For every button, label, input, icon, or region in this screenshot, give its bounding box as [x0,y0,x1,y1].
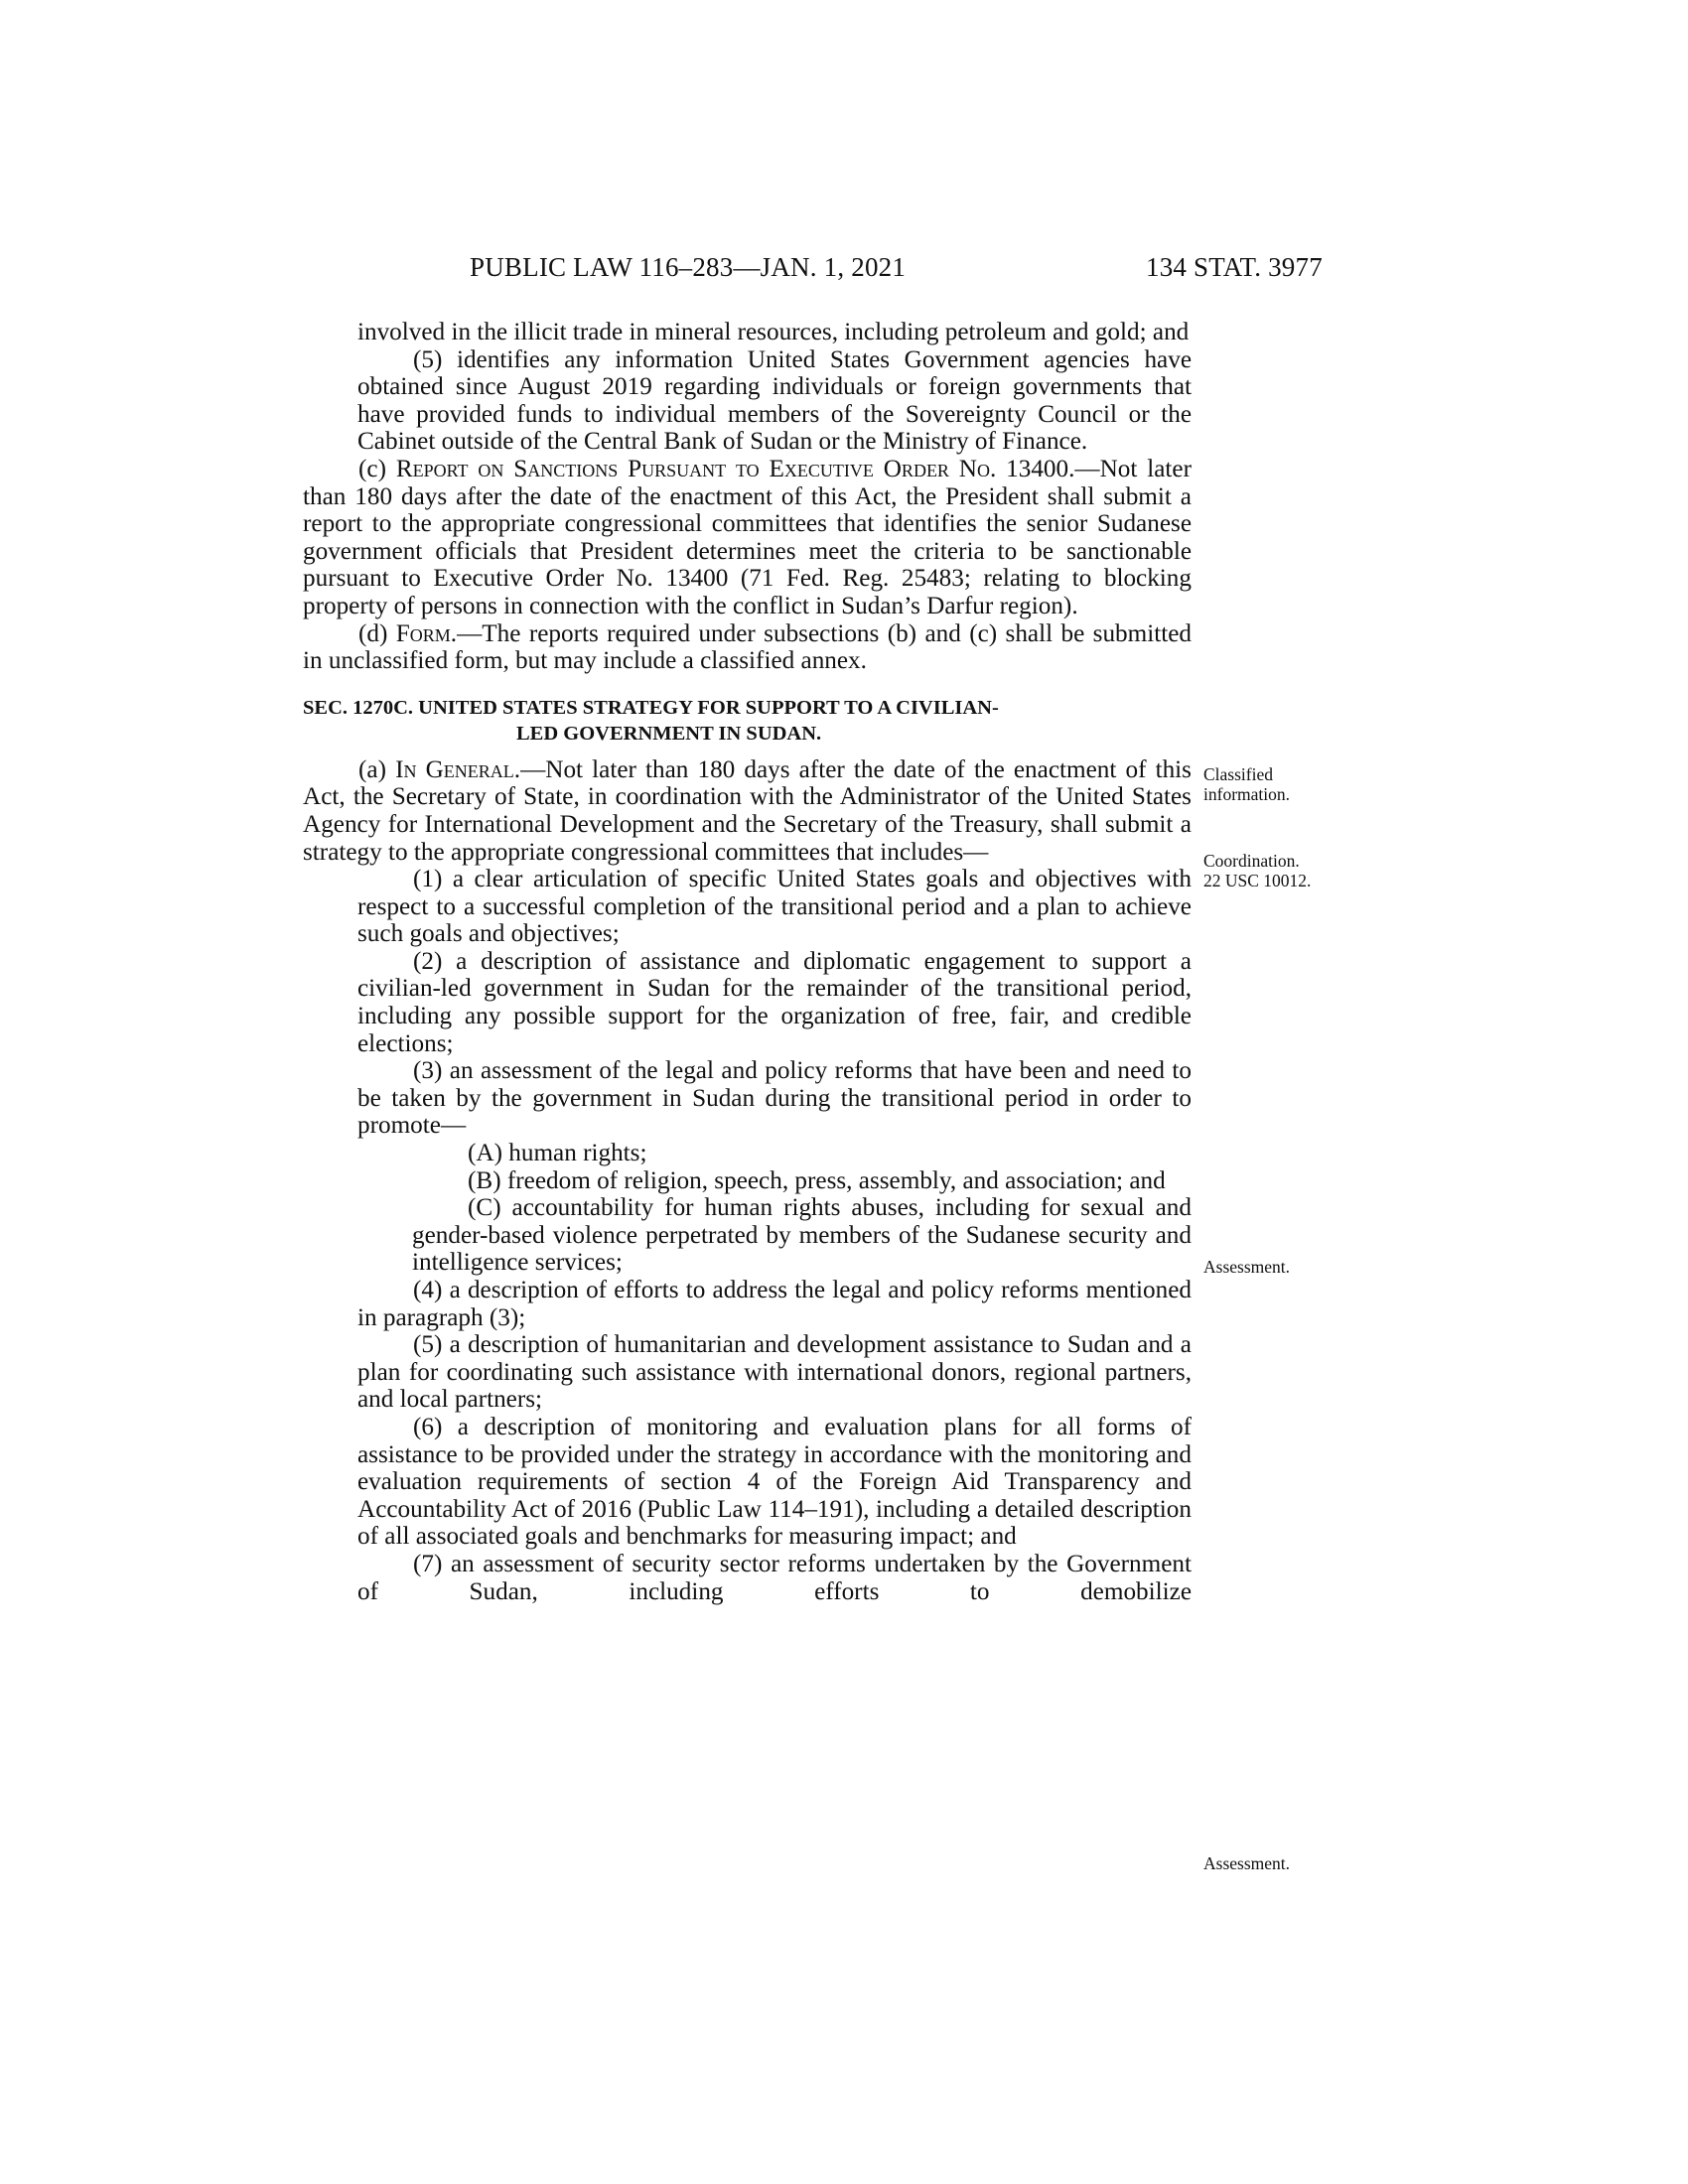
section-heading: SEC. 1270C. UNITED STATES STRATEGY FOR S… [303,695,1192,747]
paragraph-3: (3) an assessment of the legal and polic… [303,1057,1192,1140]
subsection-d-label: (d) [358,620,396,647]
subsection-a: (a) In General.—Not later than 180 days … [303,756,1192,866]
subparagraph-B: (B) freedom of religion, speech, press, … [303,1167,1192,1195]
paragraph-2: (2) a description of assistance and dipl… [303,948,1192,1057]
paragraph-b4-continuation: involved in the illicit trade in mineral… [303,319,1192,346]
margin-note-coordination-line1: Coordination. [1203,851,1311,871]
page-body: involved in the illicit trade in mineral… [303,319,1192,1605]
subsection-a-heading: In General. [395,756,520,783]
subsection-c-label: (c) [358,456,396,482]
section-heading-line1: SEC. 1270C. UNITED STATES STRATEGY FOR S… [303,697,999,719]
margin-note-classified-line1: Classified [1203,764,1290,784]
paragraph-5: (5) a description of humanitarian and de… [303,1331,1192,1414]
paragraph-7: (7) an assessment of security sector ref… [303,1551,1192,1605]
margin-note-assessment-1: Assessment. [1203,1257,1290,1277]
subsection-a-label: (a) [358,756,395,783]
subsection-d: (d) Form.—The reports required under sub… [303,620,1192,675]
paragraph-6: (6) a description of monitoring and eval… [303,1414,1192,1551]
running-header-title: PUBLIC LAW 116–283—JAN. 1, 2021 [470,252,906,283]
subsection-d-heading: Form. [396,620,457,647]
paragraph-1: (1) a clear articulation of specific Uni… [303,866,1192,948]
paragraph-4: (4) a description of efforts to address … [303,1277,1192,1331]
margin-note-usc-citation: 22 USC 10012. [1203,871,1311,890]
subparagraph-A: (A) human rights; [303,1140,1192,1167]
running-header-page-number: 134 STAT. 3977 [1146,252,1323,283]
margin-note-coordination: Coordination. 22 USC 10012. [1203,851,1311,890]
paragraph-b5: (5) identifies any information United St… [303,346,1192,456]
margin-note-assessment-2: Assessment. [1203,1853,1290,1873]
subparagraph-C: (C) accountability for human rights abus… [303,1194,1192,1277]
margin-note-classified-line2: information. [1203,784,1290,804]
margin-note-classified: Classified information. [1203,764,1290,804]
subsection-c-heading: Report on Sanctions Pursuant to Executiv… [396,456,1075,482]
section-heading-line2: LED GOVERNMENT IN SUDAN. [303,721,1192,747]
subsection-c: (c) Report on Sanctions Pursuant to Exec… [303,456,1192,620]
